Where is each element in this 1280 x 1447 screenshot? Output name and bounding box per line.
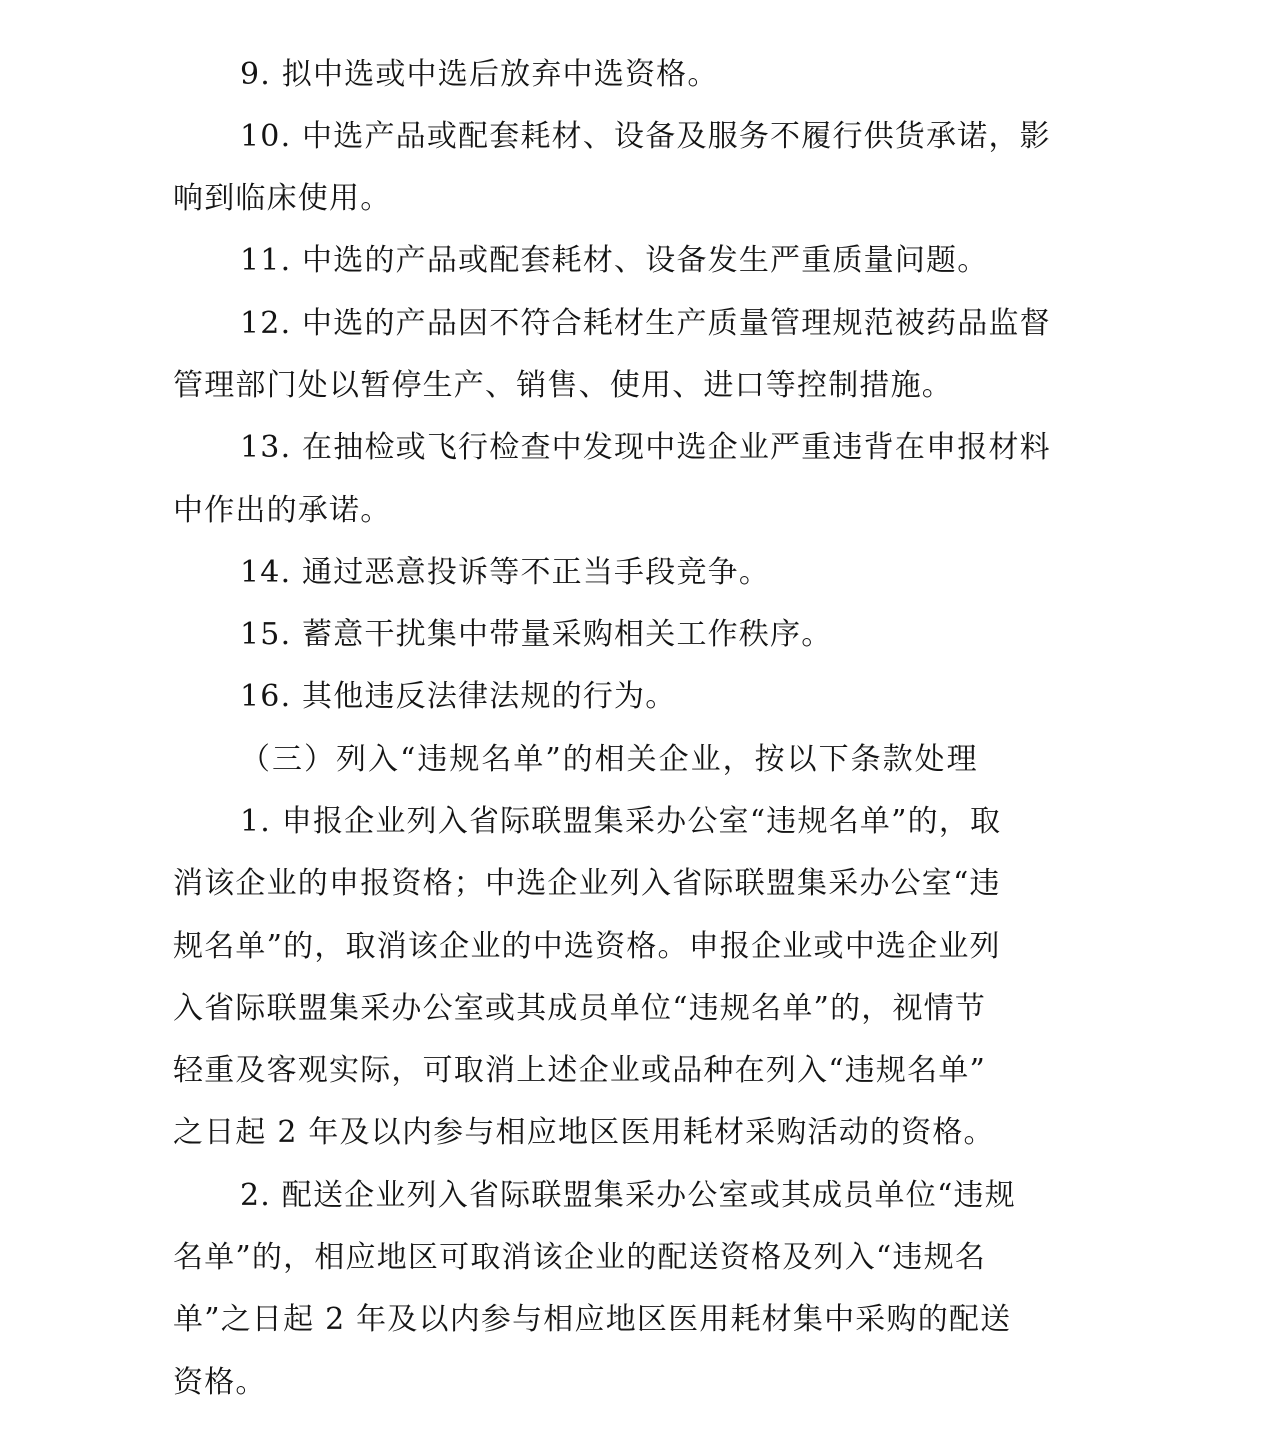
clause-1-line-2: 消该企业的申报资格；中选企业列入省际联盟集采办公室“违 [173, 853, 1001, 915]
section-heading-3: （三）列入“违规名单”的相关企业，按以下条款处理 [240, 729, 979, 791]
list-item-10-continued: 响到临床使用。 [173, 168, 391, 230]
list-item-15: 15. 蓄意干扰集中带量采购相关工作秩序。 [240, 604, 832, 666]
list-item-13-continued: 中作出的承诺。 [173, 480, 391, 542]
clause-2: 2. 配送企业列入省际联盟集采办公室或其成员单位“违规 [240, 1165, 1016, 1227]
clause-2-line-2: 名单”的，相应地区可取消该企业的配送资格及列入“违规名 [173, 1227, 986, 1289]
list-item-11: 11. 中选的产品或配套耗材、设备发生严重质量问题。 [240, 230, 988, 292]
clause-1-line-3: 规名单”的，取消该企业的中选资格。申报企业或中选企业列 [173, 916, 1001, 978]
list-item-14: 14. 通过恶意投诉等不正当手段竞争。 [240, 542, 770, 604]
list-item-12-continued: 管理部门处以暂停生产、销售、使用、进口等控制措施。 [173, 355, 953, 417]
clause-1-line-4: 入省际联盟集采办公室或其成员单位“违规名单”的，视情节 [173, 978, 986, 1040]
list-item-12: 12. 中选的产品因不符合耗材生产质量管理规范被药品监督 [240, 293, 1051, 355]
list-item-9: 9. 拟中选或中选后放弃中选资格。 [240, 44, 719, 106]
list-item-16: 16. 其他违反法律法规的行为。 [240, 666, 676, 728]
clause-2-line-3: 单”之日起 2 年及以内参与相应地区医用耗材集中采购的配送 [173, 1289, 1011, 1351]
list-item-10: 10. 中选产品或配套耗材、设备及服务不履行供货承诺，影 [240, 106, 1051, 168]
list-item-13: 13. 在抽检或飞行检查中发现中选企业严重违背在申报材料 [240, 417, 1051, 479]
clause-1: 1. 申报企业列入省际联盟集采办公室“违规名单”的，取 [240, 791, 1001, 853]
clause-1-line-5: 轻重及客观实际，可取消上述企业或品种在列入“违规名单” [173, 1040, 986, 1102]
clause-1-line-6: 之日起 2 年及以内参与相应地区医用耗材采购活动的资格。 [173, 1102, 995, 1164]
clause-2-line-4: 资格。 [173, 1352, 267, 1414]
